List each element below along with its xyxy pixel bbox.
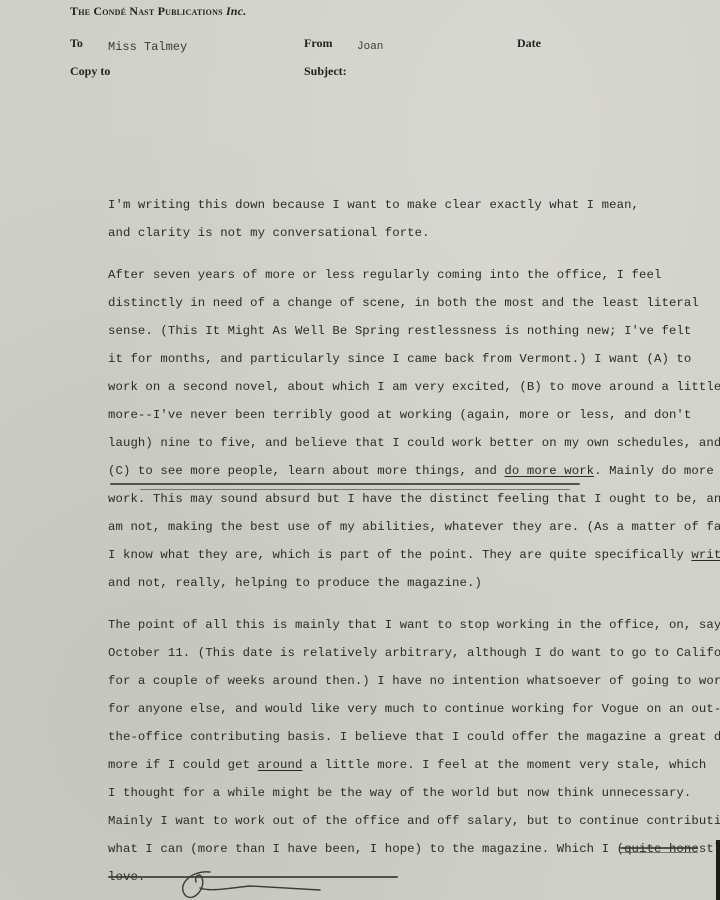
from-label: From [304, 36, 332, 51]
pen-underline [140, 489, 570, 490]
text-line: work on a second novel, about which I am… [108, 373, 720, 401]
date-label: Date [517, 36, 541, 51]
to-value: Miss Talmey [108, 40, 187, 54]
from-value: Joan [357, 41, 383, 53]
to-label: To [70, 36, 83, 51]
copy-to-label: Copy to [70, 64, 110, 79]
memo-body: I'm writing this down because I want to … [108, 191, 720, 900]
text-line: more if I could get around a little more… [108, 751, 720, 779]
text-line: it for months, and particularly since I … [108, 345, 720, 373]
company-name: The Condé Nast Publications [70, 4, 223, 18]
text-line: sense. (This It Might As Well Be Spring … [108, 317, 720, 345]
text-line: am not, making the best use of my abilit… [108, 513, 720, 541]
memo-page: The Condé Nast Publications Inc. To Miss… [0, 0, 720, 900]
text-line: and not, really, helping to produce the … [108, 569, 720, 597]
text-line: I'm writing this down because I want to … [108, 191, 720, 219]
signature-initial [170, 868, 330, 900]
paragraph: After seven years of more or less regula… [108, 261, 720, 597]
pen-underline [110, 483, 580, 485]
text-line: laugh) nine to five, and believe that I … [108, 429, 720, 457]
paragraph: The point of all this is mainly that I w… [108, 611, 720, 891]
paragraph: I'm writing this down because I want to … [108, 191, 720, 247]
text-line: for a couple of weeks around then.) I ha… [108, 667, 720, 695]
text-line: and clarity is not my conversational for… [108, 219, 720, 247]
text-line: After seven years of more or less regula… [108, 261, 720, 289]
text-line: The point of all this is mainly that I w… [108, 611, 720, 639]
text-line: I know what they are, which is part of t… [108, 541, 720, 569]
pen-underline [620, 852, 698, 853]
company-suffix: Inc. [226, 4, 246, 18]
letterhead: The Condé Nast Publications Inc. [70, 4, 246, 19]
text-line: October 11. (This date is relatively arb… [108, 639, 720, 667]
subject-label: Subject: [304, 64, 347, 79]
text-line: more--I've never been terribly good at w… [108, 401, 720, 429]
text-line: I thought for a while might be the way o… [108, 779, 720, 807]
text-line: for anyone else, and would like very muc… [108, 695, 720, 723]
text-line: the-office contributing basis. I believe… [108, 723, 720, 751]
pen-underline [620, 847, 698, 849]
page-edge [716, 840, 720, 900]
text-line: distinctly in need of a change of scene,… [108, 289, 720, 317]
text-line: (C) to see more people, learn about more… [108, 457, 720, 485]
text-line: what I can (more than I have been, I hop… [108, 835, 720, 863]
text-line: Mainly I want to work out of the office … [108, 807, 720, 835]
